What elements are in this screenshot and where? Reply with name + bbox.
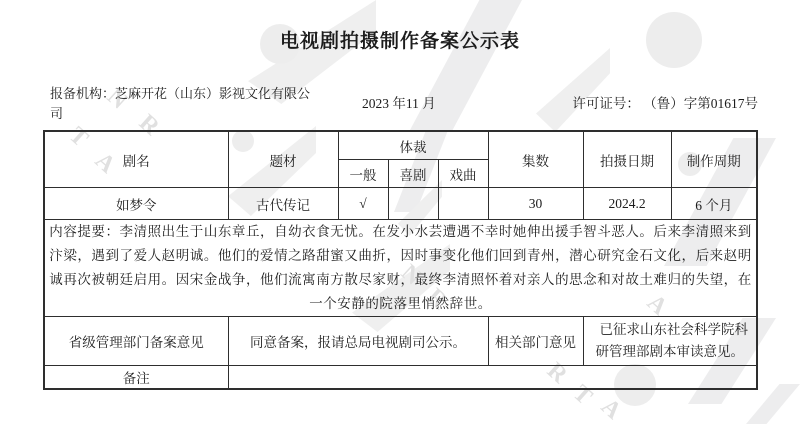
header-genre-opera: 戏曲: [438, 160, 488, 188]
header-genre-general: 一般: [338, 160, 388, 188]
remarks-row: 备注: [44, 366, 757, 390]
meta-row: 报备机构：芝麻开花（山东）影视文化有限公司 2023 年11 月 许可证号： （…: [50, 84, 758, 124]
license-number: 许可证号： （鲁）字第01617号: [572, 94, 758, 115]
form-content: 电视剧拍摄制作备案公示表 报备机构：芝麻开花（山东）影视文化有限公司 2023 …: [0, 0, 800, 424]
header-drama-name: 剧名: [44, 131, 228, 188]
reporting-org: 报备机构：芝麻开花（山东）影视文化有限公司: [50, 84, 316, 124]
header-shoot-date: 拍摄日期: [583, 131, 671, 188]
cell-shoot-date: 2024.2: [583, 188, 671, 220]
header-episodes: 集数: [488, 131, 583, 188]
page-title: 电视剧拍摄制作备案公示表: [0, 26, 800, 53]
synopsis-row: 内容提要：李清照出生于山东章丘，自幼衣食无忧。在发小水芸遭遇不幸时她伸出援手智斗…: [44, 220, 757, 317]
header-row-1: 剧名 题材 体裁 集数 拍摄日期 制作周期: [44, 131, 757, 160]
cell-episodes: 30: [488, 188, 583, 220]
provincial-opinion-text: 同意备案，报请总局电视剧司公示。: [228, 317, 488, 366]
table-row: 如梦令 古代传记 √ 30 2024.2 6 个月: [44, 188, 757, 220]
opinions-row: 省级管理部门备案意见 同意备案，报请总局电视剧司公示。 相关部门意见 已征求山东…: [44, 317, 757, 366]
cell-genre-general-check: √: [338, 188, 388, 220]
cell-production-cycle: 6 个月: [671, 188, 757, 220]
header-production-cycle: 制作周期: [671, 131, 757, 188]
document-page: NRTANRARTA 电视剧拍摄制作备案公示表 报备机构：芝麻开花（山东）影视文…: [0, 0, 800, 424]
record-table: 剧名 题材 体裁 集数 拍摄日期 制作周期 一般 喜剧 戏曲 如梦令 古代传记 …: [43, 130, 758, 390]
header-genre-comedy: 喜剧: [388, 160, 438, 188]
header-genre: 体裁: [338, 131, 488, 160]
cell-drama-name: 如梦令: [44, 188, 228, 220]
header-subject: 题材: [228, 131, 338, 188]
cell-genre-comedy: [388, 188, 438, 220]
cell-genre-opera: [438, 188, 488, 220]
remarks-label: 备注: [44, 366, 228, 390]
related-opinion-text: 已征求山东社会科学院科研管理部剧本审读意见。: [583, 317, 757, 366]
record-period: 2023 年11 月: [362, 94, 436, 115]
cell-subject: 古代传记: [228, 188, 338, 220]
remarks-value: [228, 366, 757, 390]
synopsis-text: 内容提要：李清照出生于山东章丘，自幼衣食无忧。在发小水芸遭遇不幸时她伸出援手智斗…: [44, 220, 757, 317]
related-opinion-label: 相关部门意见: [488, 317, 583, 366]
provincial-opinion-label: 省级管理部门备案意见: [44, 317, 228, 366]
